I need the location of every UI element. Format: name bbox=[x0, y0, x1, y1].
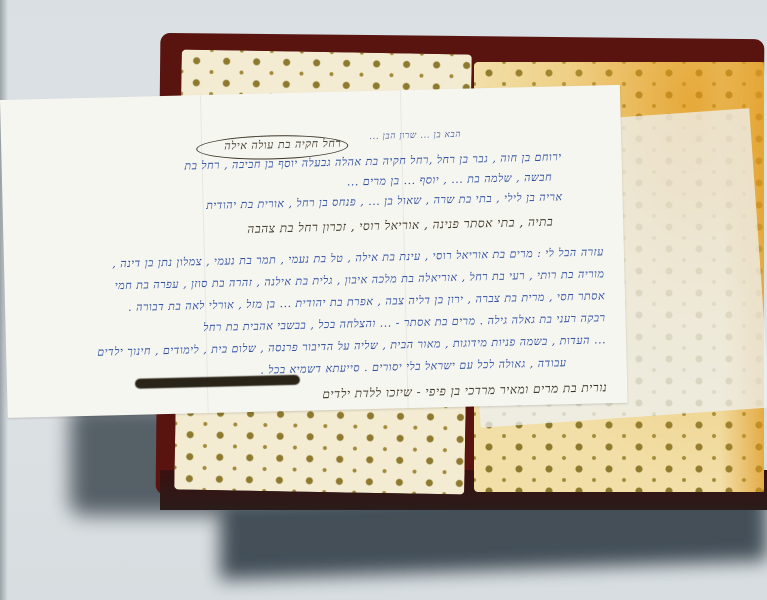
handwritten-letter: רחל חקיה בת עולה אילה הבא בן ... שרון הב… bbox=[0, 85, 628, 418]
scribbled-out-text bbox=[135, 375, 300, 389]
handwritten-line: עזרה הבל לי : מרים בת אוריאל רוסי , עינת… bbox=[112, 245, 604, 270]
handwritten-line: ... העדות , בשמה פניות מידוגות , מאור הב… bbox=[97, 333, 606, 358]
handwritten-line: בתיה , בתי אסתר פנינה , אוריאל רוסי , זכ… bbox=[247, 215, 553, 237]
handwritten-line: עבודה , גאולה לכל עם ישראל בלי יסורים . … bbox=[260, 356, 567, 376]
handwritten-line: רבקה רעני בת גאלה גילה . מרים בת אסתר - … bbox=[203, 311, 606, 334]
handwritten-line: מוריה בת רותי , רעי בת רחל , אוריאלה בת … bbox=[115, 267, 605, 292]
handwritten-line: חבשה , שלמה בת ... , יוסף ... בן מרים ..… bbox=[347, 171, 553, 189]
handwritten-line: נורית בת מרים ומאיר מרדכי בן פיפי - שיזכ… bbox=[322, 380, 607, 402]
handwritten-line: הבא בן ... שרון הבן ... bbox=[369, 129, 461, 142]
handwritten-line: אריה בן לילי , בתי בת שרה , שאול בן ... … bbox=[206, 190, 563, 212]
photo-scene: רחל חקיה בת עולה אילה הבא בן ... שרון הב… bbox=[0, 0, 767, 600]
handwritten-line: אסתר חסי , מרית בת צברה , ירון בן דליה צ… bbox=[128, 289, 605, 314]
